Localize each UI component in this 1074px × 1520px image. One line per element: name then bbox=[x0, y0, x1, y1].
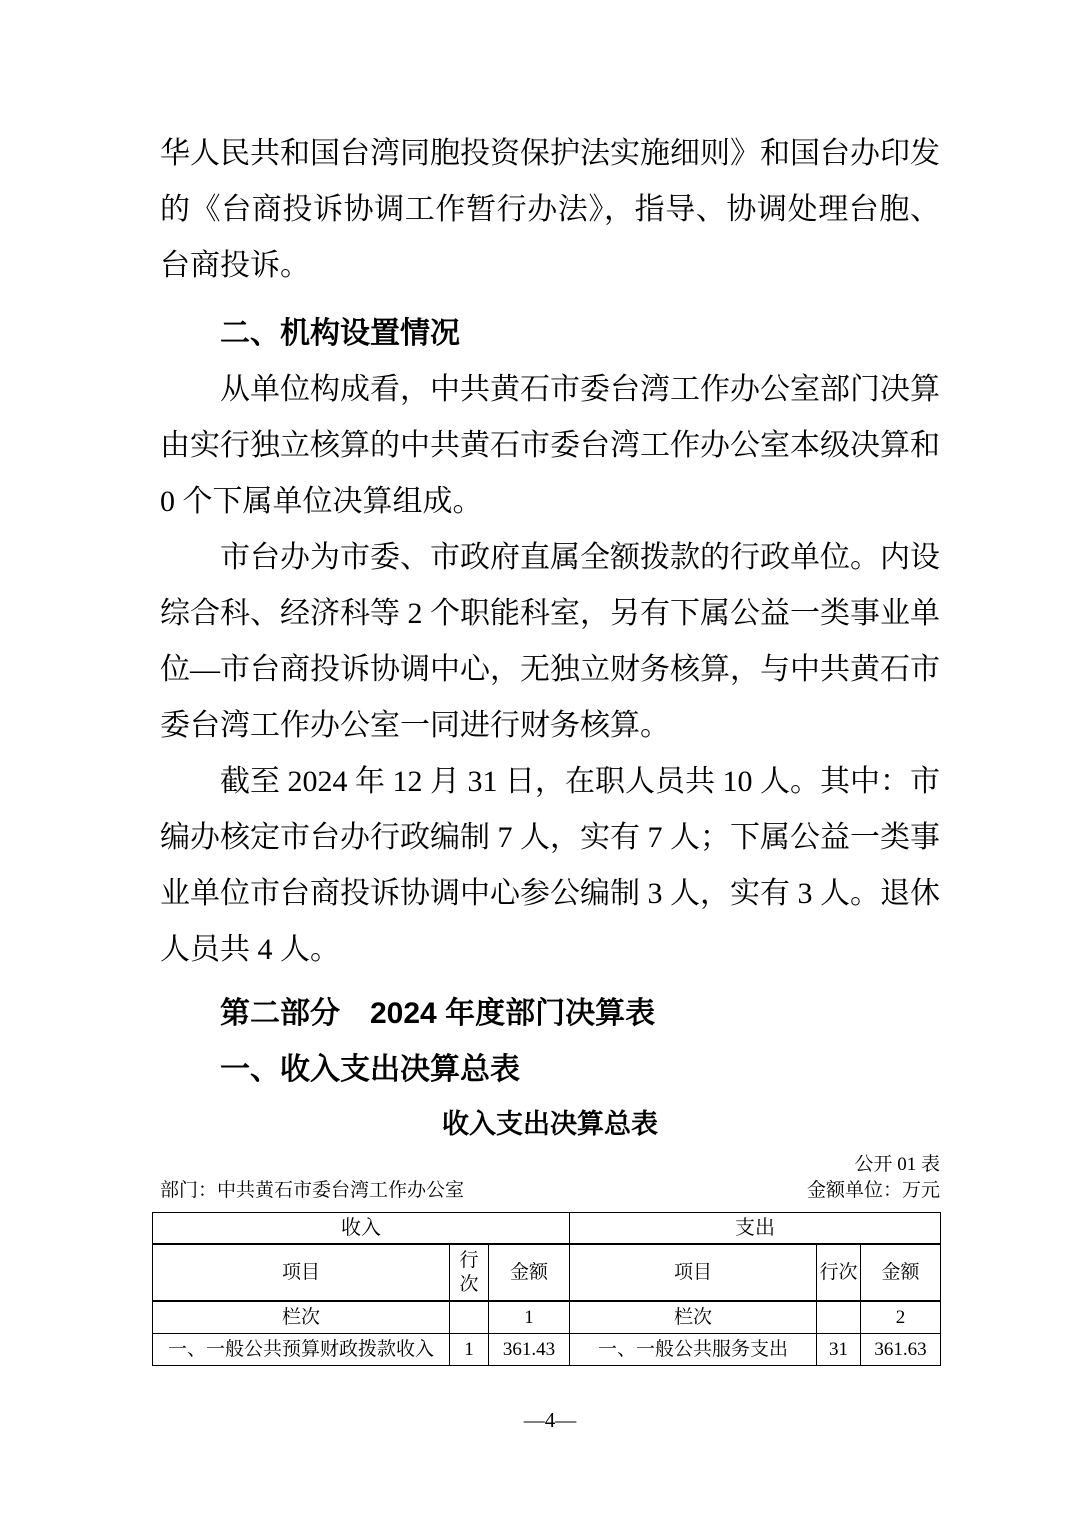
heading-organization-setup: 二、机构设置情况 bbox=[160, 306, 940, 362]
page-content: 华人民共和国台湾同胞投资保护法实施细则》和国台办印发的《台商投诉协调工作暂行办法… bbox=[160, 126, 940, 1434]
amount-unit-label: 金额单位：万元 bbox=[807, 1178, 940, 1204]
heading-part2: 第二部分 2024 年度部门决算表 bbox=[160, 986, 940, 1042]
income-lanci-label: 栏次 bbox=[153, 1301, 450, 1334]
income-section-header: 收入 bbox=[153, 1213, 570, 1245]
income-rownum-header: 行次 bbox=[450, 1244, 489, 1301]
paragraph-office-structure: 市台办为市委、市政府直属全额拨款的行政单位。内设综合科、经济科等 2 个职能科室… bbox=[160, 530, 940, 754]
table-column-header-row: 项目 行次 金额 项目 行次 金额 bbox=[153, 1244, 941, 1301]
paragraph-continuation: 华人民共和国台湾同胞投资保护法实施细则》和国台办印发的《台商投诉协调工作暂行办法… bbox=[160, 126, 940, 294]
income-expense-summary-table: 收入 支出 项目 行次 金额 项目 行次 金额 栏次 1 栏次 bbox=[152, 1212, 941, 1366]
table-title: 收入支出决算总表 bbox=[160, 1102, 940, 1146]
expense-rownum-header: 行次 bbox=[817, 1244, 861, 1301]
income-item-header: 项目 bbox=[153, 1244, 450, 1301]
expense-amount-cell: 361.63 bbox=[861, 1334, 941, 1366]
expense-item-cell: 一、一般公共服务支出 bbox=[570, 1334, 817, 1366]
table-meta-row: 部门：中共黄石市委台湾工作办公室 金额单位：万元 bbox=[160, 1178, 940, 1204]
table-section-header-row: 收入 支出 bbox=[153, 1213, 941, 1245]
paragraph-unit-composition: 从单位构成看，中共黄石市委台湾工作办公室部门决算由实行独立核算的中共黄石市委台湾… bbox=[160, 362, 940, 530]
document-page: 华人民共和国台湾同胞投资保护法实施细则》和国台办印发的《台商投诉协调工作暂行办法… bbox=[0, 0, 1074, 1520]
expense-rownum-cell: 31 bbox=[817, 1334, 861, 1366]
paragraph-staffing: 截至 2024 年 12 月 31 日，在职人员共 10 人。其中：市编办核定市… bbox=[160, 754, 940, 978]
page-number: —4— bbox=[160, 1406, 940, 1434]
table-column-index-row: 栏次 1 栏次 2 bbox=[153, 1301, 941, 1334]
table-public-tag: 公开 01 表 bbox=[160, 1152, 940, 1178]
income-amount-header: 金额 bbox=[489, 1244, 570, 1301]
income-lanci-empty bbox=[450, 1301, 489, 1334]
income-item-cell: 一、一般公共预算财政拨款收入 bbox=[153, 1334, 450, 1366]
table-row: 一、一般公共预算财政拨款收入 1 361.43 一、一般公共服务支出 31 36… bbox=[153, 1334, 941, 1366]
income-column-index: 1 bbox=[489, 1301, 570, 1334]
expense-section-header: 支出 bbox=[570, 1213, 941, 1245]
expense-column-index: 2 bbox=[861, 1301, 941, 1334]
income-amount-cell: 361.43 bbox=[489, 1334, 570, 1366]
expense-amount-header: 金额 bbox=[861, 1244, 941, 1301]
expense-lanci-label: 栏次 bbox=[570, 1301, 817, 1334]
department-label: 部门：中共黄石市委台湾工作办公室 bbox=[160, 1178, 464, 1204]
heading-section1: 一、收入支出决算总表 bbox=[160, 1042, 940, 1098]
expense-lanci-empty bbox=[817, 1301, 861, 1334]
expense-item-header: 项目 bbox=[570, 1244, 817, 1301]
income-rownum-cell: 1 bbox=[450, 1334, 489, 1366]
